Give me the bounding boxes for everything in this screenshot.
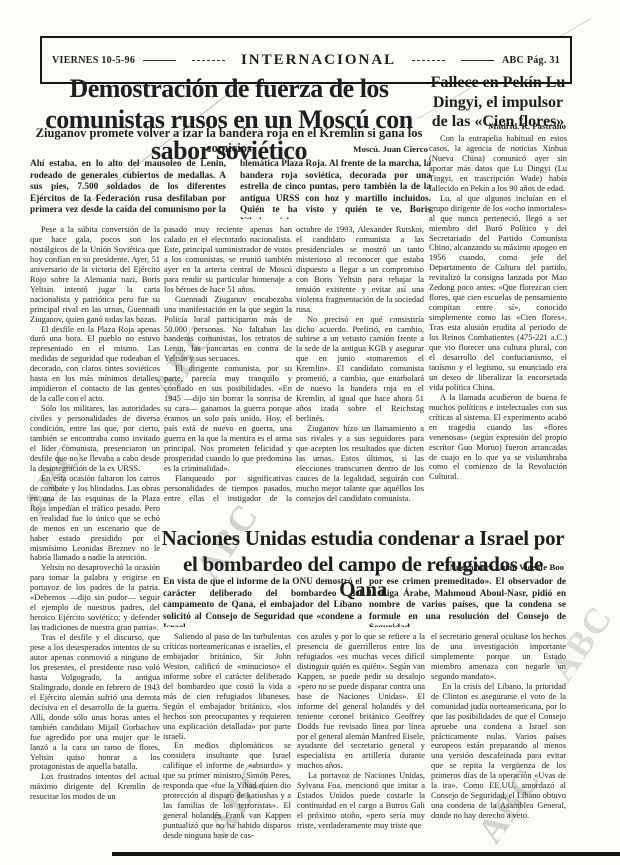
bottom-page-rule <box>112 852 620 856</box>
moscow-article-column-2: pasado muy reciente apenas han calado en… <box>164 225 292 503</box>
paragraph: Con la eutrapelia habitual en estos caso… <box>429 134 567 194</box>
qana-article-column-2: cos azules y por lo que se refiere a la … <box>297 632 425 852</box>
qana-article-column-3: el secretario general ocultase los hecho… <box>431 632 566 852</box>
paragraph: pasado muy reciente apenas han calado en… <box>164 225 292 295</box>
paragraph: Tras el desfile y el discurso, que pese … <box>30 633 160 772</box>
paragraph: Sólo los militares, las autoridades civi… <box>30 404 160 474</box>
paragraph: Guennadi Ziuganov encabezaba una manifes… <box>164 295 292 365</box>
qana-article-lead-right: por ese crimen premeditado». El observad… <box>369 577 566 627</box>
header-page-number: ABC Pág. 31 <box>502 55 560 66</box>
section-title: INTERNACIONAL <box>233 52 404 69</box>
paragraph: En esta ocasión faltaron los carros de c… <box>30 474 160 564</box>
paragraph: el secretario general ocultase los hecho… <box>431 632 566 682</box>
paragraph: Saliendo al paso de las turbulentas crít… <box>163 632 291 741</box>
paragraph: No precisó en qué consistiría dicho acue… <box>296 315 424 424</box>
pekin-article-byline: Madrid. R. Pastrano <box>428 121 566 131</box>
paragraph: octubre de 1993, Alexander Rutskoi, el c… <box>296 225 424 315</box>
moscow-article-lead-right: blemática Plaza Roja. Al frente de la ma… <box>240 159 431 219</box>
paragraph: La portavoz de Naciones Unidas, Sylvana … <box>297 771 425 831</box>
paragraph: El dirigente comunista, por su parte, pa… <box>164 364 292 473</box>
header-rule-right-dash <box>412 60 445 61</box>
qana-article-column-1: Saliendo al paso de las turbulentas crít… <box>163 632 291 852</box>
paragraph: El desfile en la Plaza Roja apenas duró … <box>30 325 160 405</box>
paragraph: En la crisis del Líbano, la prioridad de… <box>431 682 566 821</box>
header-date: VIERNES 10-5-96 <box>52 55 135 66</box>
paragraph: En medios diplomáticos se considera insu… <box>163 741 291 841</box>
moscow-article-lead-left: Ahí estaba, en lo alto del mausoleo de L… <box>30 159 226 219</box>
paragraph: Los frustrados intentos del actual máxim… <box>30 772 160 802</box>
moscow-article-column-3: octubre de 1993, Alexander Rutskoi, el c… <box>296 225 424 503</box>
paragraph: Pese a la súbita conversión de la que ha… <box>30 225 160 325</box>
paragraph: Lu, al que algunos incluían en el grupo … <box>429 194 567 393</box>
paragraph: A la llamada acudieron de buena fe mucho… <box>429 393 567 483</box>
header-rule-left-dash <box>192 60 225 61</box>
newspaper-page: { "header": { "date": "VIERNES 10-5-96",… <box>0 0 620 865</box>
paragraph: cos azules y por lo que se refiere a la … <box>297 632 425 771</box>
moscow-article-column-1: Pese a la súbita conversión de la que ha… <box>30 225 160 852</box>
header-rule-left <box>143 60 176 61</box>
qana-article-lead-left: En vista de que el informe de la ONU dem… <box>163 577 362 627</box>
paragraph: Yeltsin no desaprovechó la ocasión para … <box>30 563 160 633</box>
moscow-article-byline: Moscú. Juan Cierco <box>28 144 428 154</box>
qana-article-byline: Nueva York. Juan Vicente Boo <box>162 562 564 572</box>
pekin-article-body: Con la eutrapelia habitual en estos caso… <box>429 134 567 580</box>
paragraph: Flanqueado por significativas personalid… <box>164 474 292 503</box>
paragraph: Ziuganov hizo un llamamiento a sus rival… <box>296 424 424 503</box>
header-rule-right <box>461 60 494 61</box>
